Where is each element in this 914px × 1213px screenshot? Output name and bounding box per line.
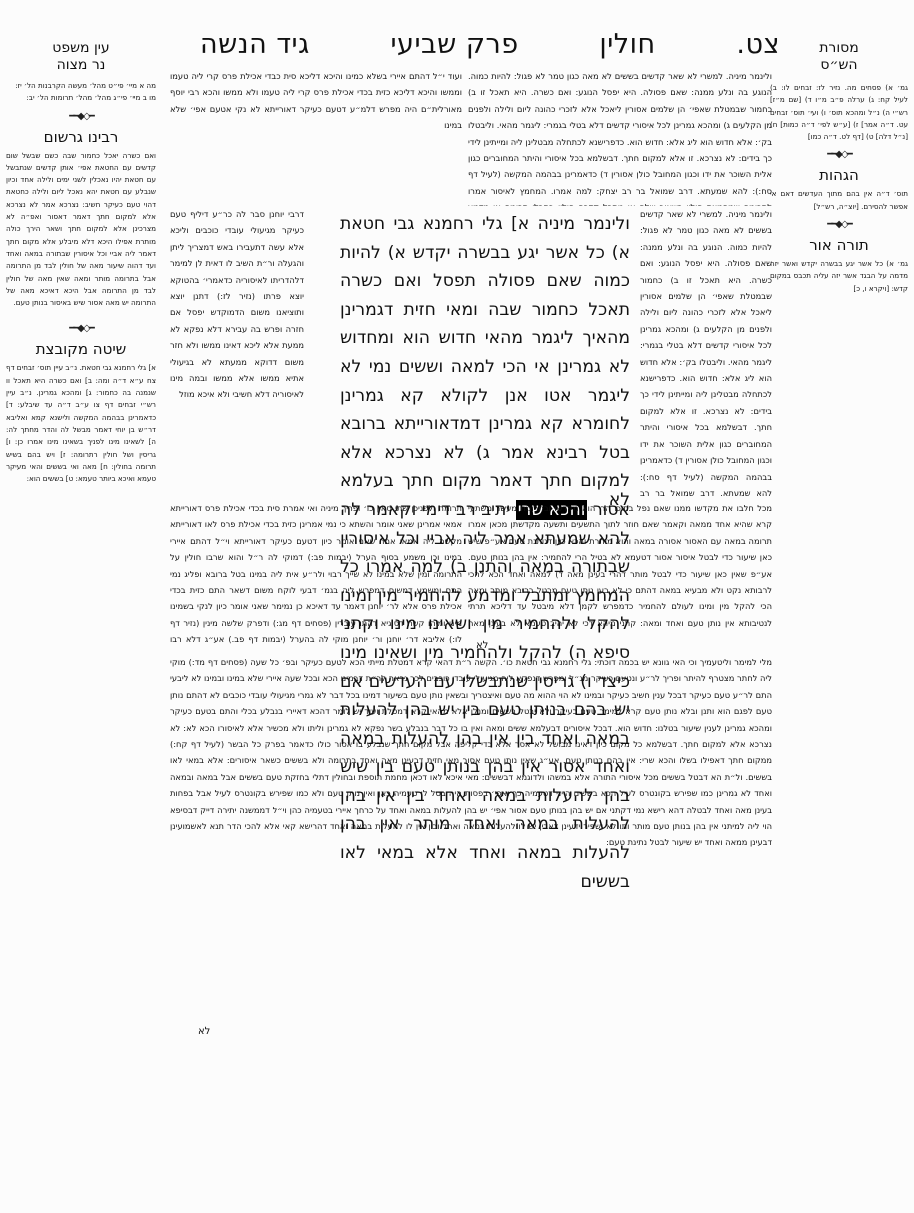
rashi-side: ולינמר מיניה. למשרי לא שאר קדשים בששים ל… [640, 206, 772, 496]
tosafot-side: דרבי יוחנן סבר לה כר״ע דיליף טעם כעיקר מ… [170, 206, 304, 496]
divider-ornament-icon: ━◇◆━━ [6, 323, 156, 334]
ein-mishpat-heading: עין משפט נר מצוה [6, 40, 156, 74]
tosafot-bottom: מלי למימר וליטעמיך וכי האי גוונא יש בכמה… [170, 654, 772, 1014]
rabbeinu-gershom-text: ואם כשרה יאכל כחמור שבה כשם שבשל שום קדש… [6, 150, 156, 310]
divider-ornament-icon: ━◇◆━━ [770, 149, 908, 160]
rashi-top: ולינמר מיניה. למשרי לא שאר קדשים בששים ל… [468, 68, 772, 206]
ein-mishpat-entry: מו ב מיי׳ פי״ג מהל׳ מהל׳ תרומות הל׳ יב: [6, 92, 156, 104]
right-margin: מסורת הש״ס גמ׳ א) פסחים מה. נזיר לז: זבח… [770, 40, 908, 295]
page-catchword: לא [198, 1026, 210, 1037]
mesoret-text: גמ׳ א) פסחים מה. נזיר לז: זבחים לו: ב) ל… [770, 82, 908, 143]
torah-or-text: גמ׳ א) כל אשר יגע בבשרה יקדש ואשר יזה מד… [770, 258, 908, 295]
chapter-number: פרק שביעי [391, 29, 519, 60]
hagahot-text: תוס׳ ד״ה אין בהם מתוך העדשים דאם אי אפשר… [770, 188, 908, 213]
torah-or-title: תורה אור [770, 236, 908, 254]
divider-ornament-icon: ━◇◆━━ [770, 219, 908, 230]
rashi-catchword: לא [476, 640, 488, 651]
tractate-name: חולין [599, 29, 655, 60]
divider-ornament-icon: ━◇◆━━ [6, 111, 156, 122]
ein-mishpat-entry: מה א מיי׳ פי״ט מהל׳ מעשה הקרבנות הל׳ יז: [6, 80, 156, 92]
chapter-name: גיד הנשה [200, 29, 310, 60]
tosafot-lower: תרומה ולפניכן שתי סאין כו׳ ופריך מיניה ו… [170, 500, 462, 650]
tosafot-top: ועוד י״ל דהתם איירי בשלא כמינו והיכא דלי… [170, 68, 462, 206]
mesoret-heading: מסורת הש״ס [770, 40, 908, 74]
rabbeinu-gershom-title: רבינו גרשום [6, 128, 156, 146]
rashi-lower: מכל חלבו את מקדשו ממנו שאם נפל בתוכו הרי… [468, 500, 772, 635]
page-header: צט. חולין פרק שביעי גיד הנשה [200, 22, 780, 66]
hagahot-title: הגהות [770, 166, 908, 184]
left-margin: עין משפט נר מצוה מה א מיי׳ פי״ט מהל׳ מעש… [6, 40, 156, 485]
shita-mekubetzet-title: שיטה מקובצת [6, 340, 156, 358]
shita-mekubetzet-text: א] גלי רחמנא גבי חטאת. נ״ב עיין תוס׳ זבח… [6, 362, 156, 485]
